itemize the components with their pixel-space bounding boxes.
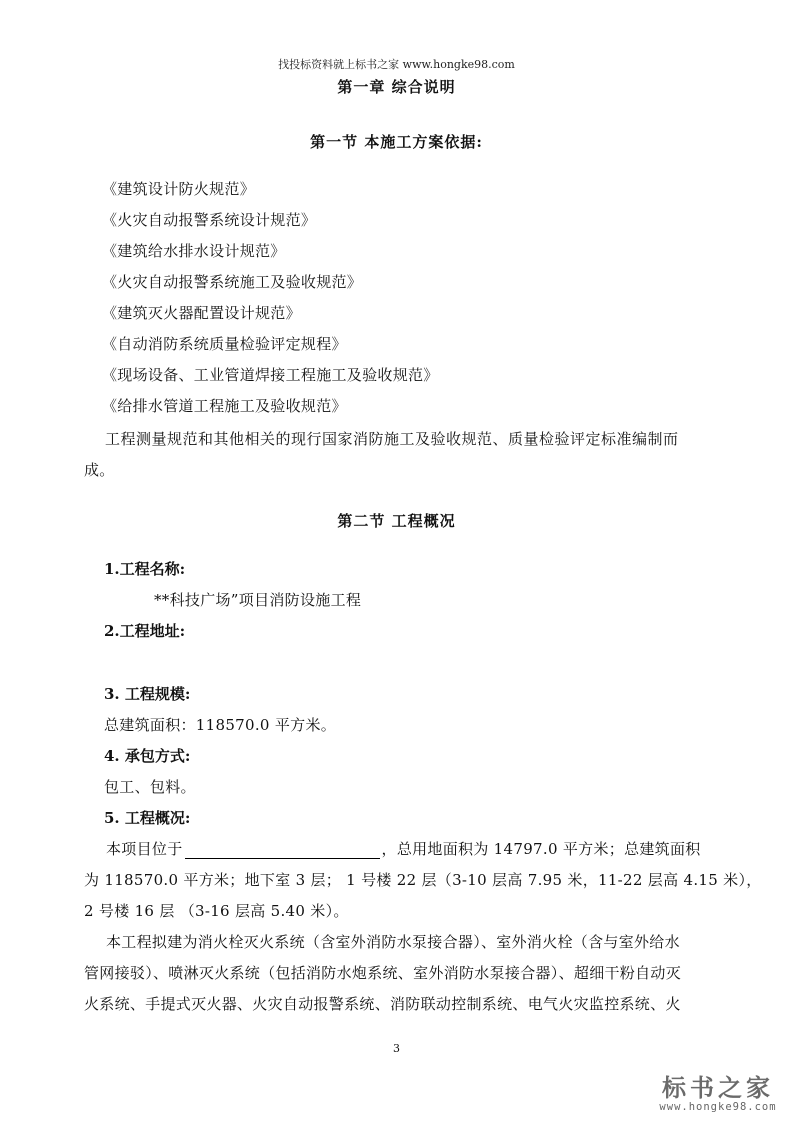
reference-item: 《火灾自动报警系统设计规范》 <box>102 209 316 230</box>
watermark-name: 标书之家 <box>648 1068 788 1103</box>
item5-heading: 5. 工程概况: <box>104 807 190 828</box>
overview-paragraph-line: 火系统、手提式灭火器、火灾自动报警系统、消防联动控制系统、电气火灾监控系统、火 <box>84 993 681 1014</box>
overview-paragraph-line: 为 118570.0 平方米；地下室 3 层； 1 号楼 22 层（3-10 层… <box>84 869 762 890</box>
overview-suffix: ，总用地面积为 14797.0 平方米；总建筑面积 <box>382 840 701 858</box>
chapter-title: 第一章 综合说明 <box>0 76 793 97</box>
reference-item: 《给排水管道工程施工及验收规范》 <box>102 395 347 416</box>
item3-value: 总建筑面积：118570.0 平方米。 <box>104 714 336 735</box>
overview-prefix: 本项目位于 <box>106 840 183 858</box>
overview-paragraph-line: 管网接驳）、喷淋灭火系统（包括消防水炮系统、室外消防水泵接合器）、超细干粉自动灭 <box>84 962 681 983</box>
item1-heading: 1.工程名称: <box>104 558 185 579</box>
reference-item: 《自动消防系统质量检验评定规程》 <box>102 333 347 354</box>
section2-title: 第二节 工程概况 <box>0 510 793 531</box>
item1-value: **科技广场”项目消防设施工程 <box>154 589 361 610</box>
overview-paragraph-line: 2 号楼 16 层 （3-16 层高 5.40 米）。 <box>84 900 349 921</box>
location-blank <box>185 842 380 859</box>
header-note: 找投标资料就上标书之家 www.hongke98.com <box>0 56 793 72</box>
summary-line: 工程测量规范和其他相关的现行国家消防施工及验收规范、质量检验评定标准编制而 <box>105 428 679 449</box>
item2-heading: 2.工程地址: <box>104 620 185 641</box>
overview-paragraph-line: 本项目位于，总用地面积为 14797.0 平方米；总建筑面积 <box>106 838 701 859</box>
reference-item: 《建筑设计防火规范》 <box>102 178 255 199</box>
watermark-logo: 标书之家 www.hongke98.com <box>648 1068 788 1113</box>
item4-heading: 4. 承包方式: <box>104 745 190 766</box>
reference-item: 《火灾自动报警系统施工及验收规范》 <box>102 271 362 292</box>
watermark-url: www.hongke98.com <box>648 1101 788 1113</box>
item3-heading: 3. 工程规模: <box>104 683 190 704</box>
overview-paragraph-line: 本工程拟建为消火栓灭火系统（含室外消防水泵接合器）、室外消火栓（含与室外给水 <box>106 931 680 952</box>
reference-item: 《现场设备、工业管道焊接工程施工及验收规范》 <box>102 364 439 385</box>
item4-value: 包工、包料。 <box>104 776 196 797</box>
reference-item: 《建筑灭火器配置设计规范》 <box>102 302 301 323</box>
summary-line: 成。 <box>84 459 115 480</box>
reference-item: 《建筑给水排水设计规范》 <box>102 240 286 261</box>
page-number: 3 <box>0 1042 793 1055</box>
section1-title: 第一节 本施工方案依据: <box>0 131 793 152</box>
